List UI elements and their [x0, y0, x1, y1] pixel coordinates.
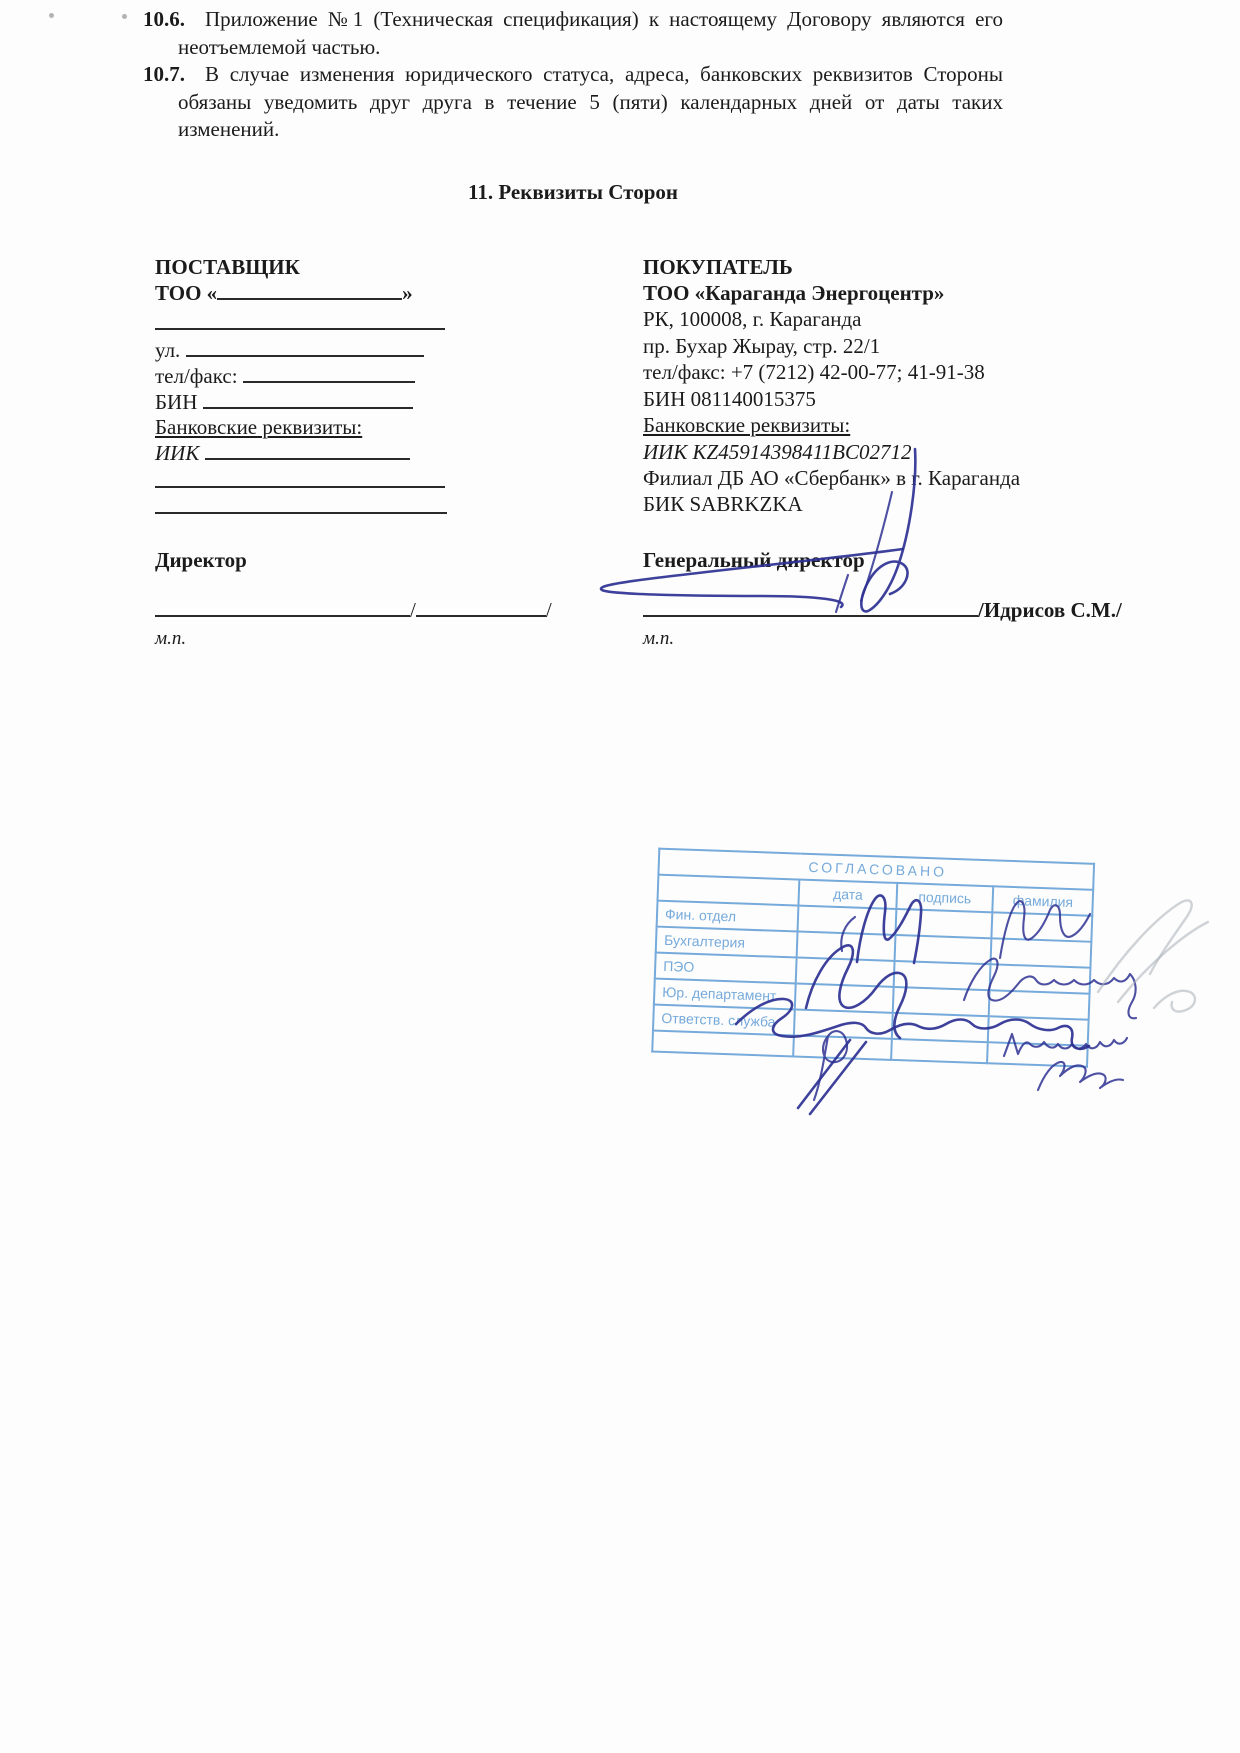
supplier-bank-label: Банковские реквизиты:	[155, 415, 362, 437]
pencil-scribble	[1098, 900, 1208, 1011]
bin-label: БИН	[155, 390, 197, 414]
supplier-signature-line: //	[155, 598, 552, 620]
clause-number: 10.6.	[143, 6, 205, 34]
buyer-signer-name: /Идрисов С.М./	[978, 598, 1122, 622]
supplier-name-prefix: ТОО «	[155, 281, 217, 305]
iik-label: ИИК	[155, 441, 199, 465]
buyer-bank-label: Банковские реквизиты:	[643, 413, 850, 435]
supplier-blank-line-2	[155, 495, 447, 517]
contract-clauses: 10.6.Приложение №1 (Техническая специфик…	[143, 6, 1003, 144]
buyer-signature-line: /Идрисов С.М./	[643, 598, 1122, 620]
clause-text: Приложение №1 (Техническая спецификация)…	[178, 7, 1003, 59]
section-heading: 11. Реквизиты Сторон	[143, 180, 1003, 205]
slash: /	[546, 598, 552, 622]
supplier-role: ПОСТАВЩИК	[155, 255, 300, 277]
supplier-name-suffix: »	[402, 281, 413, 305]
phone-label: тел/факс:	[155, 364, 238, 388]
supplier-name-blank	[217, 282, 402, 300]
buyer-signer-title: Генеральный директор	[643, 548, 865, 570]
scan-speck	[49, 13, 54, 18]
supplier-bin-line: БИН	[155, 390, 413, 412]
street-label: ул.	[155, 338, 180, 362]
buyer-address2: пр. Бухар Жырау, стр. 22/1	[643, 334, 880, 356]
buyer-bik: БИК SABRKZKA	[643, 492, 803, 514]
supplier-seal-mark: м.п.	[155, 628, 186, 650]
clause-10-6: 10.6.Приложение №1 (Техническая специфик…	[143, 6, 1003, 61]
scan-speck	[122, 14, 127, 19]
buyer-iik: ИИК KZ45914398411BC02712	[643, 440, 912, 462]
buyer-role: ПОКУПАТЕЛЬ	[643, 255, 793, 277]
supplier-column: ПОСТАВЩИК ТОО «» ул. тел/факс: БИН Банко…	[155, 253, 575, 673]
buyer-phone: тел/факс: +7 (7212) 42-00-77; 41-91-38	[643, 360, 985, 382]
clause-text: В случае изменения юридического статуса,…	[178, 62, 1003, 141]
stamp-header-surname: фамилия	[993, 886, 1094, 915]
clause-10-7: 10.7.В случае изменения юридического ста…	[143, 61, 1003, 144]
buyer-column: ПОКУПАТЕЛЬ ТОО «Караганда Энергоцентр» Р…	[643, 253, 1123, 673]
buyer-address1: РК, 100008, г. Караганда	[643, 307, 861, 329]
supplier-signer-title: Директор	[155, 548, 247, 570]
supplier-name-line: ТОО «»	[155, 281, 413, 303]
buyer-bin: БИН 081140015375	[643, 387, 816, 409]
stamp-header-date: дата	[799, 880, 897, 909]
supplier-street-line: ул.	[155, 338, 424, 360]
supplier-address-blank-line	[155, 311, 445, 333]
supplier-iik-line: ИИК	[155, 441, 410, 463]
supplier-phone-line: тел/факс:	[155, 364, 415, 386]
clause-number: 10.7.	[143, 61, 205, 89]
scanned-contract-page: 10.6.Приложение №1 (Техническая специфик…	[0, 0, 1240, 1753]
buyer-bank-name: Филиал ДБ АО «Сбербанк» в г. Караганда	[643, 466, 1020, 488]
buyer-name: ТОО «Караганда Энергоцентр»	[643, 281, 944, 303]
stamp-row-label	[652, 1031, 794, 1057]
buyer-seal-mark: м.п.	[643, 628, 674, 650]
stamp-header-signature: подпись	[896, 883, 993, 912]
supplier-blank-line-1	[155, 469, 445, 491]
approval-stamp: СОГЛАСОВАНО дата подпись фамилия Фин. от…	[651, 848, 1095, 1068]
